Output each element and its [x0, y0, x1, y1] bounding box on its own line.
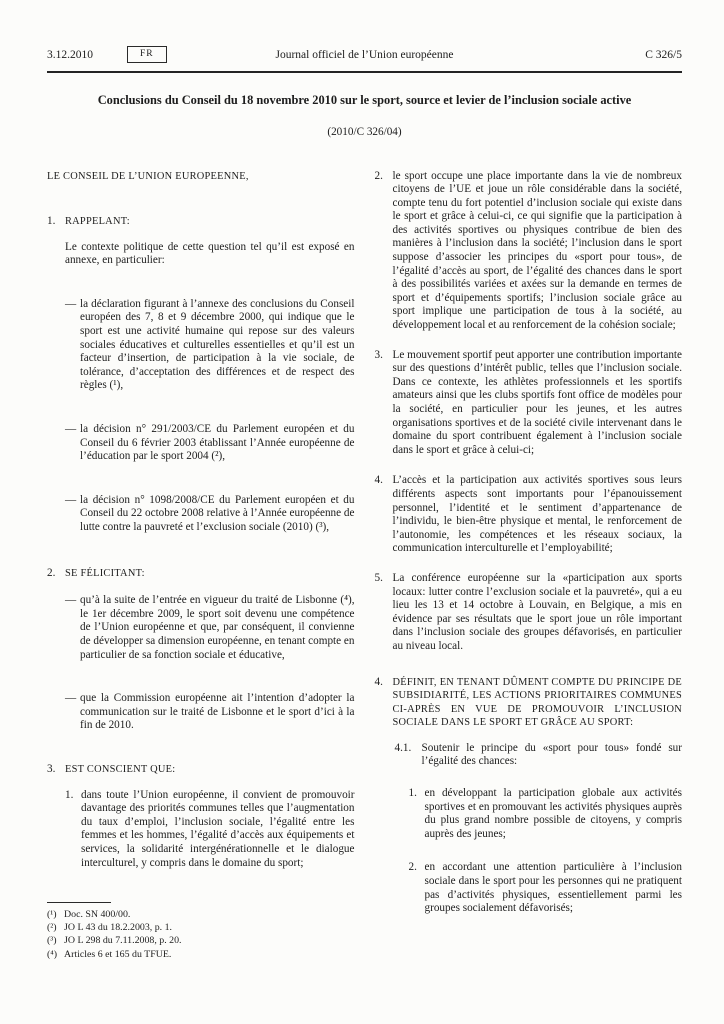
dash-marker: — — [65, 423, 80, 464]
section-heading-2: 2. SE FÉLICITANT: — [47, 567, 355, 581]
footnote-separator — [47, 902, 111, 903]
dash-item: — la déclaration figurant à l’annexe des… — [65, 298, 355, 393]
footnote: (³) JO L 298 du 7.11.2008, p. 20. — [47, 934, 355, 947]
section-number: 1. — [47, 215, 65, 229]
item-text: en développant la participation globale … — [425, 787, 683, 841]
subsection-number: 4.1. — [395, 742, 422, 769]
dash-item-text: qu’à la suite de l’entrée en vigueur du … — [80, 594, 355, 662]
numbered-item: 1. dans toute l’Union européenne, il con… — [65, 789, 355, 871]
item-text: dans toute l’Union européenne, il convie… — [81, 789, 355, 871]
subsection-4-1: 4.1. Soutenir le principe du «sport pour… — [395, 742, 683, 769]
section-label: DÉFINIT, EN TENANT DÛMENT COMPTE DU PRIN… — [393, 676, 683, 730]
item-number: 2. — [409, 861, 425, 915]
numbered-item: 4. L’accès et la participation aux activ… — [375, 474, 683, 556]
item-text: Le mouvement sportif peut apporter une c… — [393, 349, 683, 458]
section-label: EST CONSCIENT QUE: — [65, 763, 355, 777]
section-number: 3. — [47, 763, 65, 777]
dash-marker: — — [65, 692, 80, 733]
item-text: La conférence européenne sur la «partici… — [393, 572, 683, 654]
section-number: 4. — [375, 676, 393, 730]
footnotes-block: (¹) Doc. SN 400/00. (²) JO L 43 du 18.2.… — [47, 902, 355, 961]
footnote: (⁴) Articles 6 et 165 du TFUE. — [47, 948, 355, 961]
section-heading-1: 1. RAPPELANT: — [47, 215, 355, 229]
subsection-text: Soutenir le principe du «sport pour tous… — [422, 742, 683, 769]
item-number: 3. — [375, 349, 393, 458]
header-rule — [47, 71, 682, 73]
dash-item-text: la décision n° 291/2003/CE du Parlement … — [80, 423, 355, 464]
dash-item-text: la déclaration figurant à l’annexe des c… — [80, 298, 355, 393]
numbered-item: 5. La conférence européenne sur la «part… — [375, 572, 683, 654]
footnote-text: Doc. SN 400/00. — [64, 908, 130, 921]
item-text: le sport occupe une place importante dan… — [393, 170, 683, 333]
left-column: LE CONSEIL DE L’UNION EUROPEENNE, 1. RAP… — [47, 164, 355, 916]
right-column: 2. le sport occupe une place importante … — [375, 164, 683, 916]
section-intro: Le contexte politique de cette question … — [65, 241, 355, 268]
numbered-item: 3. Le mouvement sportif peut apporter un… — [375, 349, 683, 458]
numbered-item: 2. le sport occupe une place importante … — [375, 170, 683, 333]
footnote-ref: (³) — [47, 934, 64, 947]
numbered-item: 1. en développant la participation globa… — [409, 787, 683, 841]
language-badge: FR — [127, 46, 167, 63]
numbered-item: 2. en accordant une attention particuliè… — [409, 861, 683, 915]
section-label: RAPPELANT: — [65, 215, 355, 229]
footnote-text: Articles 6 et 165 du TFUE. — [64, 948, 171, 961]
dash-item: — la décision n° 291/2003/CE du Parlemen… — [65, 423, 355, 464]
two-column-body: LE CONSEIL DE L’UNION EUROPEENNE, 1. RAP… — [47, 164, 682, 916]
dash-item: — la décision n° 1098/2008/CE du Parleme… — [65, 494, 355, 535]
footnote: (²) JO L 43 du 18.2.2003, p. 1. — [47, 921, 355, 934]
footnote-ref: (⁴) — [47, 948, 64, 961]
dash-marker: — — [65, 494, 80, 535]
item-number: 1. — [409, 787, 425, 841]
item-number: 4. — [375, 474, 393, 556]
document-reference: (2010/C 326/04) — [47, 126, 682, 138]
section-label: SE FÉLICITANT: — [65, 567, 355, 581]
section-number: 2. — [47, 567, 65, 581]
preamble: LE CONSEIL DE L’UNION EUROPEENNE, — [47, 170, 355, 184]
item-number: 2. — [375, 170, 393, 333]
journal-page: 3.12.2010 FR Journal officiel de l’Union… — [0, 0, 724, 1024]
item-text: L’accès et la participation aux activité… — [393, 474, 683, 556]
dash-marker: — — [65, 298, 80, 393]
item-number: 5. — [375, 572, 393, 654]
dash-item-text: la décision n° 1098/2008/CE du Parlement… — [80, 494, 355, 535]
dash-item: — qu’à la suite de l’entrée en vigueur d… — [65, 594, 355, 662]
page-header: 3.12.2010 FR Journal officiel de l’Union… — [47, 0, 682, 63]
dash-marker: — — [65, 594, 80, 662]
page-number: C 326/5 — [645, 49, 682, 61]
footnote-text: JO L 43 du 18.2.2003, p. 1. — [64, 921, 172, 934]
footnote-ref: (¹) — [47, 908, 64, 921]
footnote-text: JO L 298 du 7.11.2008, p. 20. — [64, 934, 182, 947]
header-date: 3.12.2010 — [47, 49, 93, 61]
footnote: (¹) Doc. SN 400/00. — [47, 908, 355, 921]
item-text: en accordant une attention particulière … — [425, 861, 683, 915]
section-heading-3: 3. EST CONSCIENT QUE: — [47, 763, 355, 777]
footnote-ref: (²) — [47, 921, 64, 934]
section-heading-4: 4. DÉFINIT, EN TENANT DÛMENT COMPTE DU P… — [375, 676, 683, 730]
item-number: 1. — [65, 789, 81, 871]
document-title: Conclusions du Conseil du 18 novembre 20… — [77, 92, 652, 109]
dash-item-text: que la Commission européenne ait l’inten… — [80, 692, 355, 733]
dash-item: — que la Commission européenne ait l’int… — [65, 692, 355, 733]
